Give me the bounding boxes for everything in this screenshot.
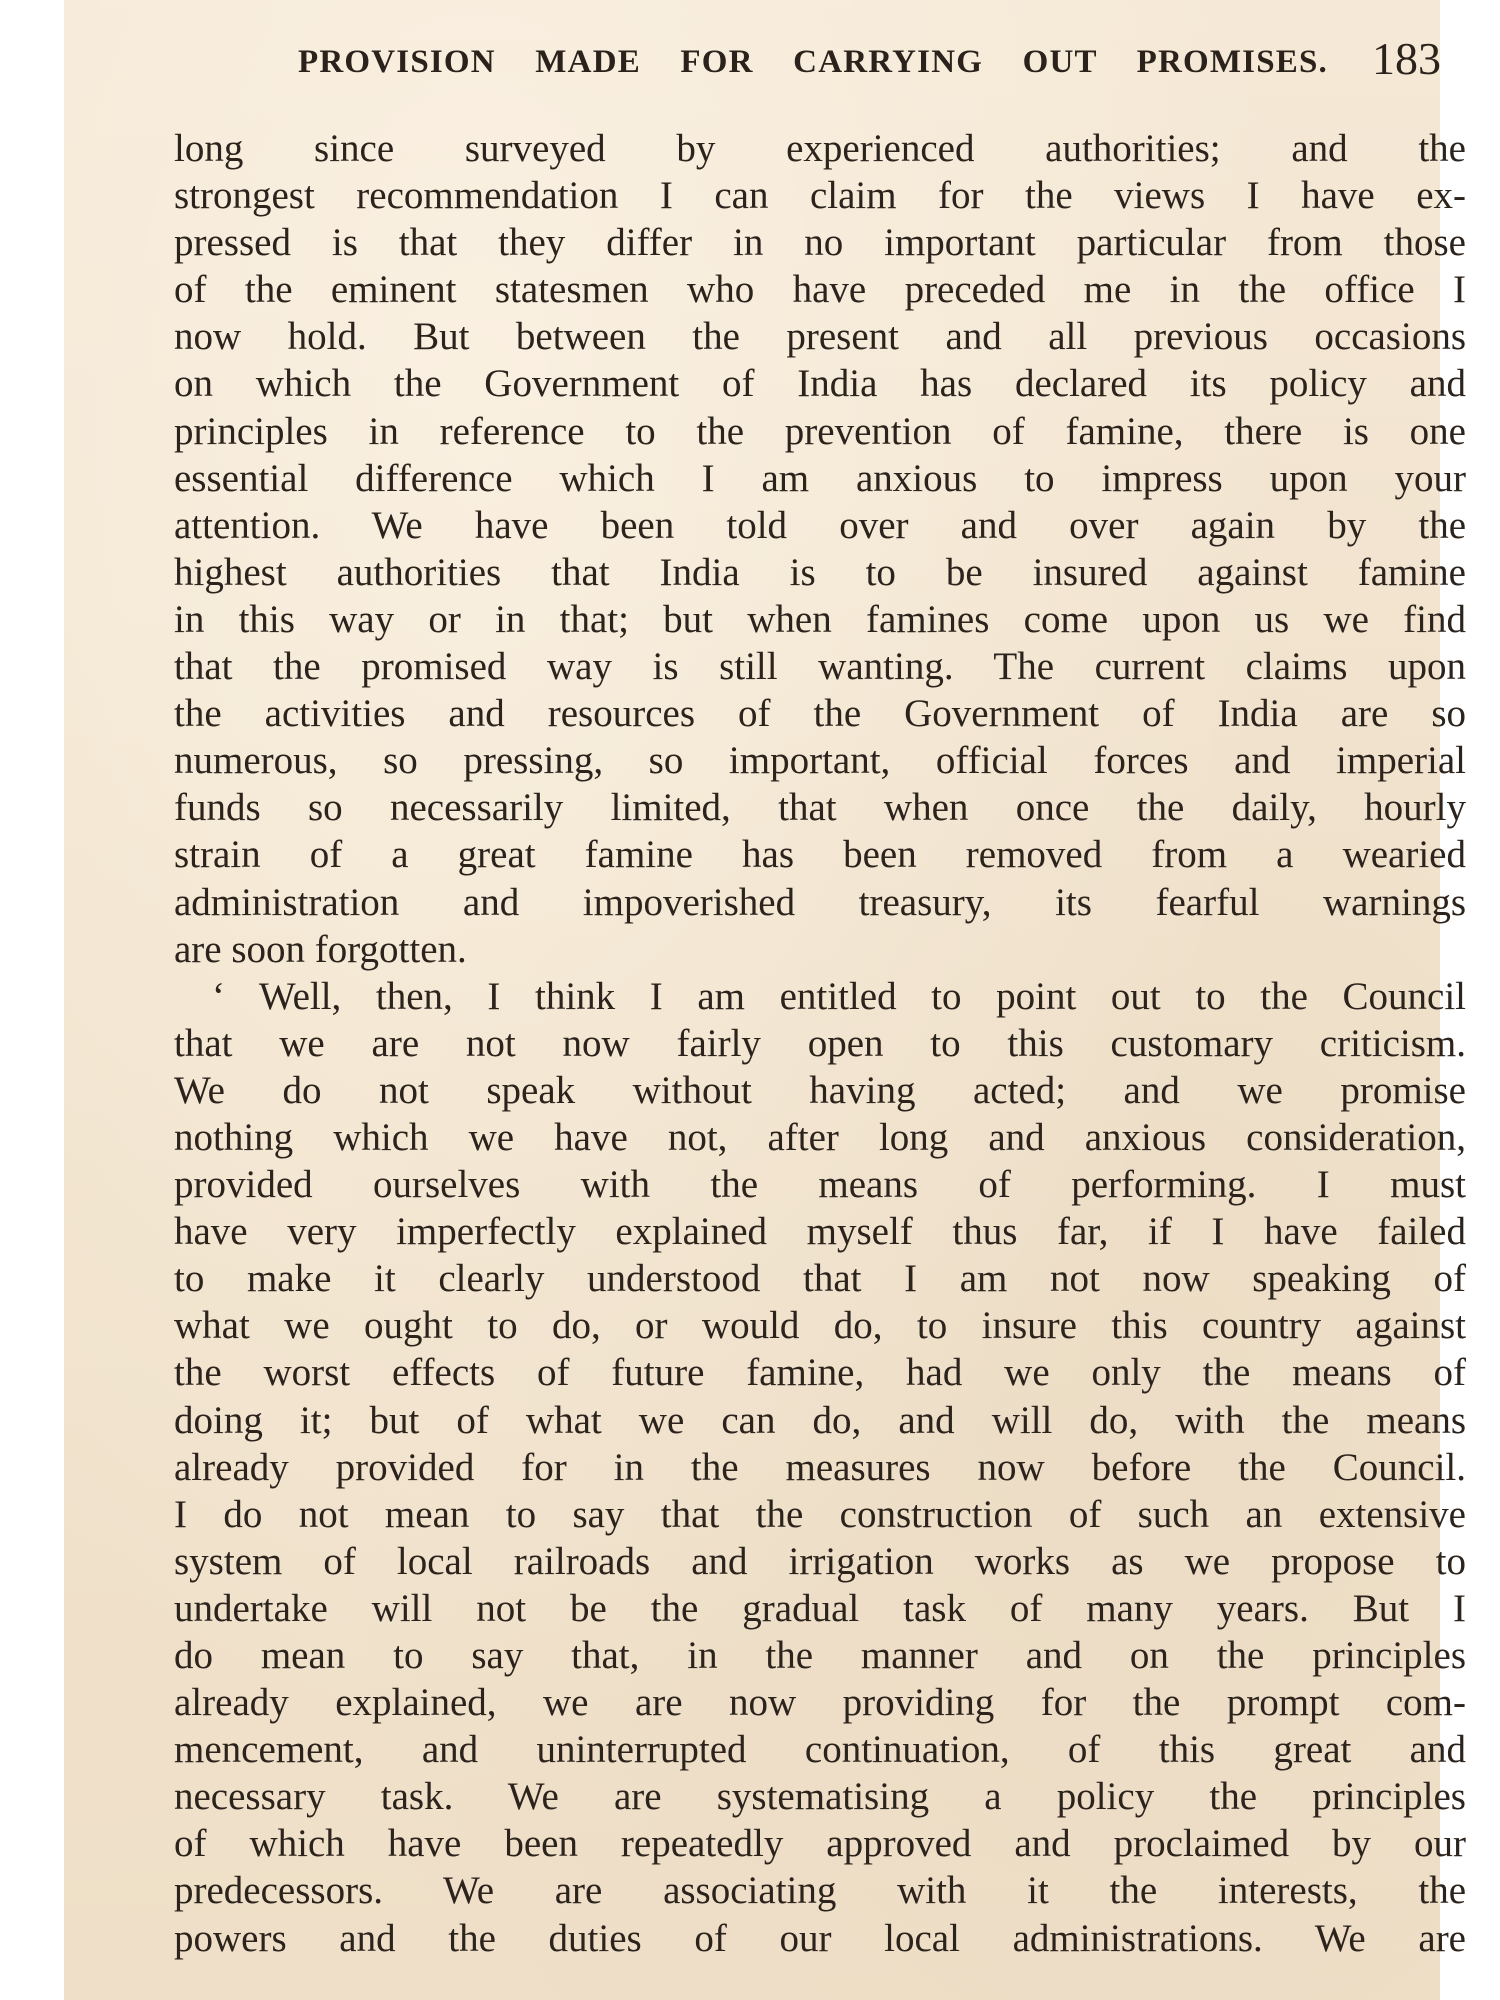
text-line: strain of a great famine has been remove… [174, 831, 1466, 878]
text-line: highest authorities that India is to be … [174, 549, 1466, 596]
text-line: funds so necessarily limited, that when … [174, 784, 1466, 831]
text-line: that we are not now fairly open to this … [174, 1020, 1466, 1067]
text-line: already explained, we are now providing … [174, 1679, 1466, 1726]
text-line: have very imperfectly explained myself t… [174, 1208, 1466, 1255]
paragraph-end-line: are soon forgotten. [174, 926, 1466, 973]
text-line: that the promised way is still wanting. … [174, 643, 1466, 690]
text-line: I do not mean to say that the constructi… [174, 1491, 1466, 1538]
running-head-title: PROVISION MADE FOR CARRYING OUT PROMISES… [298, 40, 1328, 84]
text-line: now hold. But between the present and al… [174, 313, 1466, 360]
text-line: system of local railroads and irrigation… [174, 1538, 1466, 1585]
text-line: mencement, and uninterrupted continuatio… [174, 1726, 1466, 1773]
text-line: long since surveyed by experienced autho… [174, 125, 1466, 172]
text-line: predecessors. We are associating with it… [174, 1867, 1466, 1914]
text-line: provided ourselves with the means of per… [174, 1161, 1466, 1208]
text-line: doing it; but of what we can do, and wil… [174, 1397, 1466, 1444]
text-line: the worst effects of future famine, had … [174, 1349, 1466, 1396]
body-text: long since surveyed by experienced autho… [174, 125, 1466, 1962]
text-line: on which the Government of India has dec… [174, 360, 1466, 407]
text-line: principles in reference to the preventio… [174, 408, 1466, 455]
text-line: numerous, so pressing, so important, off… [174, 737, 1466, 784]
text-line: nothing which we have not, after long an… [174, 1114, 1466, 1161]
text-line: attention. We have been told over and ov… [174, 502, 1466, 549]
text-line: do mean to say that, in the manner and o… [174, 1632, 1466, 1679]
text-line: necessary task. We are systematising a p… [174, 1773, 1466, 1820]
text-line: the activities and resources of the Gove… [174, 690, 1466, 737]
text-line: We do not speak without having acted; an… [174, 1067, 1466, 1114]
text-line: strongest recommendation I can claim for… [174, 172, 1466, 219]
text-line: of which have been repeatedly approved a… [174, 1820, 1466, 1867]
page-number: 183 [1372, 34, 1441, 84]
text-line: already provided for in the measures now… [174, 1444, 1466, 1491]
text-line: what we ought to do, or would do, to ins… [174, 1302, 1466, 1349]
text-line: pressed is that they differ in no import… [174, 219, 1466, 266]
text-line: undertake will not be the gradual task o… [174, 1585, 1466, 1632]
text-line: to make it clearly understood that I am … [174, 1255, 1466, 1302]
text-line: essential difference which I am anxious … [174, 455, 1466, 502]
text-line: of the eminent statesmen who have preced… [174, 266, 1466, 313]
paragraph-start-line: ‘ Well, then, I think I am entitled to p… [174, 973, 1466, 1020]
book-page: PROVISION MADE FOR CARRYING OUT PROMISES… [64, 0, 1440, 2000]
text-line: powers and the duties of our local admin… [174, 1915, 1466, 1962]
text-line: in this way or in that; but when famines… [174, 596, 1466, 643]
text-line: administration and impoverished treasury… [174, 879, 1466, 926]
